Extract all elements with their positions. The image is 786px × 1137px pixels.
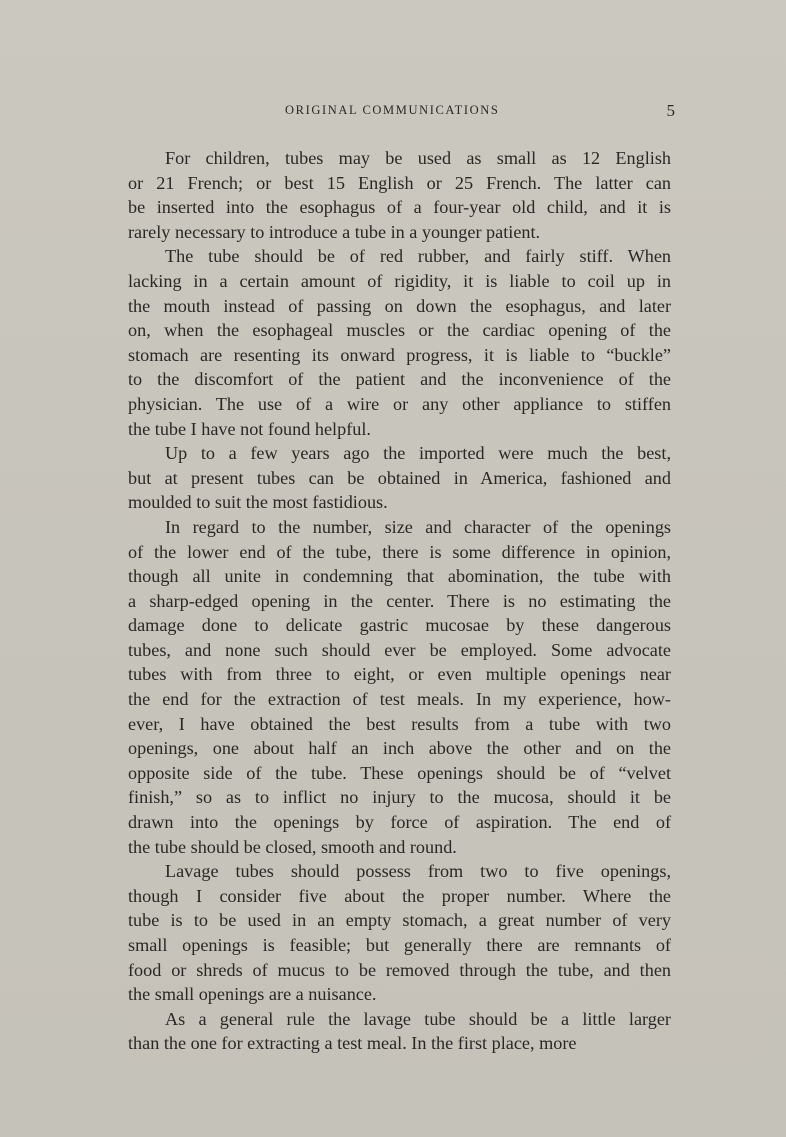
paragraph: Lavage tubes should possess from two to … [128,859,671,1007]
text-line: rarely necessary to introduce a tube in … [128,220,671,245]
text-line: though all unite in condemning that abom… [128,564,671,589]
running-head: ORIGINAL COMMUNICATIONS 5 [285,103,675,123]
text-line: Up to a few years ago the imported were … [128,441,671,466]
text-line: a sharp-edged opening in the center. The… [128,589,671,614]
text-line: tube is to be used in an empty stomach, … [128,908,671,933]
text-line: though I consider five about the proper … [128,884,671,909]
text-line: The tube should be of red rubber, and fa… [128,244,671,269]
text-line: the tube should be closed, smooth and ro… [128,835,671,860]
text-line: finish,” so as to inflict no injury to t… [128,785,671,810]
text-line: moulded to suit the most fastidious. [128,490,671,515]
text-line: the small openings are a nuisance. [128,982,671,1007]
text-line: be inserted into the esophagus of a four… [128,195,671,220]
text-line: Lavage tubes should possess from two to … [128,859,671,884]
paragraph: Up to a few years ago the imported were … [128,441,671,515]
text-line: the tube I have not found helpful. [128,417,671,442]
text-line: food or shreds of mucus to be removed th… [128,958,671,983]
text-line: physician. The use of a wire or any othe… [128,392,671,417]
text-line: the end for the extraction of test meals… [128,687,671,712]
text-line: small openings is feasible; but generall… [128,933,671,958]
text-line: tubes, and none such should ever be empl… [128,638,671,663]
text-line: but at present tubes can be obtained in … [128,466,671,491]
document-page: ORIGINAL COMMUNICATIONS 5 For children, … [0,0,786,1137]
text-line: In regard to the number, size and charac… [128,515,671,540]
page-number: 5 [667,101,676,121]
text-line: opposite side of the tube. These opening… [128,761,671,786]
text-line: openings, one about half an inch above t… [128,736,671,761]
text-line: lacking in a certain amount of rigidity,… [128,269,671,294]
running-head-title: ORIGINAL COMMUNICATIONS [285,103,499,118]
paragraph: In regard to the number, size and charac… [128,515,671,859]
text-line: the mouth instead of passing on down the… [128,294,671,319]
text-line: damage done to delicate gastric mucosae … [128,613,671,638]
text-line: to the discomfort of the patient and the… [128,367,671,392]
text-line: tubes with from three to eight, or even … [128,662,671,687]
text-line: ever, I have obtained the best results f… [128,712,671,737]
text-line: on, when the esophageal muscles or the c… [128,318,671,343]
paragraph: For children, tubes may be used as small… [128,146,671,244]
paragraph: As a general rule the lavage tube should… [128,1007,671,1056]
text-line: For children, tubes may be used as small… [128,146,671,171]
text-line: of the lower end of the tube, there is s… [128,540,671,565]
text-line: than the one for extracting a test meal.… [128,1031,671,1056]
body-text: For children, tubes may be used as small… [128,146,671,1056]
paragraph: The tube should be of red rubber, and fa… [128,244,671,441]
text-line: or 21 French; or best 15 English or 25 F… [128,171,671,196]
text-line: stomach are resenting its onward progres… [128,343,671,368]
text-line: As a general rule the lavage tube should… [128,1007,671,1032]
text-line: drawn into the openings by force of aspi… [128,810,671,835]
